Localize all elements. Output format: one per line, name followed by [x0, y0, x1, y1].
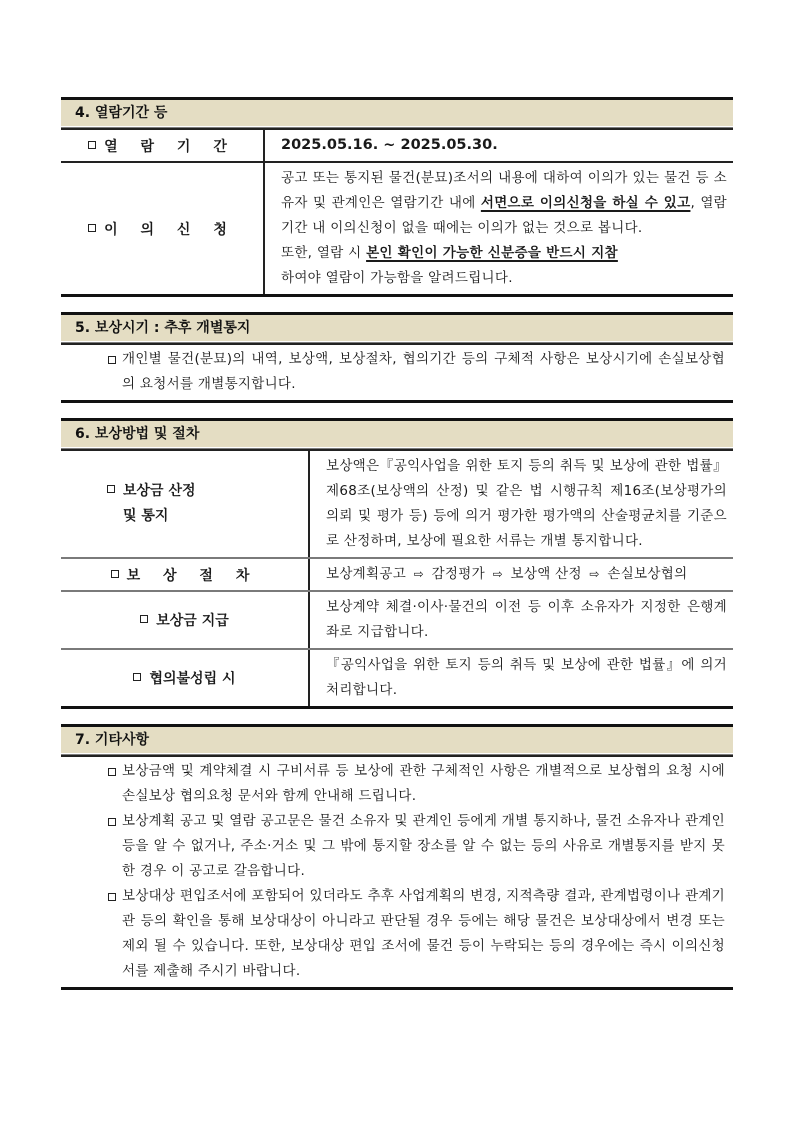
arrow-right-icon: ⇨: [411, 567, 427, 581]
row-label: 협의불성립 시: [61, 649, 309, 708]
emphasis-text: 서면으로 이의신청을 하실 수 있고: [481, 195, 691, 211]
row-label: 보 상 절 차: [61, 558, 309, 591]
list-item: 보상대상 편입조서에 포함되어 있더라도 추후 사업계획의 변경, 지적측량 결…: [61, 884, 733, 984]
step: 감정평가: [432, 566, 485, 582]
list-item: 개인별 물건(분묘)의 내역, 보상액, 보상절차, 협의기간 등의 구체적 사…: [61, 347, 733, 397]
arrow-right-icon: ⇨: [586, 567, 602, 581]
square-bullet-icon: [108, 356, 116, 364]
row-label: 이 의 신 청: [61, 162, 264, 296]
square-bullet-icon: [108, 893, 116, 901]
section-compensation-timing: 5. 보상시기 : 추후 개별통지 개인별 물건(분묘)의 내역, 보상액, 보…: [61, 312, 733, 403]
section-compensation-method: 6. 보상방법 및 절차 보상금 산정 및 통지 보상액은『공익사업을 위한 토…: [61, 418, 733, 709]
table-row: 이 의 신 청 공고 또는 통지된 물건(분묘)조서의 내용에 대하여 이의가 …: [61, 162, 733, 296]
row-label: 보상금 지급: [61, 591, 309, 649]
table-row: 보상금 지급 보상계약 체결·이사·물건의 이전 등 이후 소유자가 지정한 은…: [61, 591, 733, 649]
square-bullet-icon: [88, 141, 96, 149]
square-bullet-icon: [107, 485, 115, 493]
row-label: 보상금 산정 및 통지: [61, 451, 309, 558]
square-bullet-icon: [108, 818, 116, 826]
square-bullet-icon: [108, 768, 116, 776]
square-bullet-icon: [88, 224, 96, 232]
square-bullet-icon: [111, 570, 119, 578]
procedure-steps: 보상계획공고 ⇨ 감정평가 ⇨ 보상액 산정 ⇨ 손실보상협의: [309, 558, 733, 591]
payment-value: 보상계약 체결·이사·물건의 이전 등 이후 소유자가 지정한 은행계좌로 지급…: [309, 591, 733, 649]
viewing-period-value: 2025.05.16. ~ 2025.05.30.: [264, 130, 733, 162]
section-heading: 6. 보상방법 및 절차: [61, 418, 733, 447]
section-other-matters: 7. 기타사항 보상금액 및 계약체결 시 구비서류 등 보상에 관한 구체적인…: [61, 724, 733, 990]
step: 보상계획공고: [326, 566, 406, 582]
table-row: 협의불성립 시 『공익사업을 위한 토지 등의 취득 및 보상에 관한 법률』에…: [61, 649, 733, 708]
arrow-right-icon: ⇨: [490, 567, 506, 581]
table-row: 보상금 산정 및 통지 보상액은『공익사업을 위한 토지 등의 취득 및 보상에…: [61, 451, 733, 558]
list-item: 보상금액 및 계약체결 시 구비서류 등 보상에 관한 구체적인 사항은 개별적…: [61, 759, 733, 809]
document-page: 4. 열람기간 등 열 람 기 간 2025.05.16. ~ 2025.05.…: [61, 97, 733, 1005]
section-heading: 4. 열람기간 등: [61, 97, 733, 126]
emphasis-text: 본인 확인이 가능한 신분증을 반드시 지참: [366, 245, 618, 261]
table-row: 보 상 절 차 보상계획공고 ⇨ 감정평가 ⇨ 보상액 산정 ⇨ 손실보상협의: [61, 558, 733, 591]
calculation-value: 보상액은『공익사업을 위한 토지 등의 취득 및 보상에 관한 법률』제68조(…: [309, 451, 733, 558]
objection-value: 공고 또는 통지된 물건(분묘)조서의 내용에 대하여 이의가 있는 물건 등 …: [264, 162, 733, 296]
section-viewing-period: 4. 열람기간 등 열 람 기 간 2025.05.16. ~ 2025.05.…: [61, 97, 733, 297]
step: 보상액 산정: [511, 566, 582, 582]
section-heading: 7. 기타사항: [61, 724, 733, 753]
no-agreement-value: 『공익사업을 위한 토지 등의 취득 및 보상에 관한 법률』에 의거 처리합니…: [309, 649, 733, 708]
viewing-table: 열 람 기 간 2025.05.16. ~ 2025.05.30. 이 의 신 …: [61, 130, 733, 297]
list-item: 보상계획 공고 및 열람 공고문은 물건 소유자 및 관계인 등에게 개별 통지…: [61, 809, 733, 884]
method-table: 보상금 산정 및 통지 보상액은『공익사업을 위한 토지 등의 취득 및 보상에…: [61, 451, 733, 709]
square-bullet-icon: [133, 673, 141, 681]
notice-list: 보상금액 및 계약체결 시 구비서류 등 보상에 관한 구체적인 사항은 개별적…: [61, 757, 733, 990]
table-row: 열 람 기 간 2025.05.16. ~ 2025.05.30.: [61, 130, 733, 162]
notice-list: 개인별 물건(분묘)의 내역, 보상액, 보상절차, 협의기간 등의 구체적 사…: [61, 345, 733, 403]
row-label: 열 람 기 간: [61, 130, 264, 162]
step: 손실보상협의: [607, 566, 687, 582]
section-heading: 5. 보상시기 : 추후 개별통지: [61, 312, 733, 341]
square-bullet-icon: [140, 615, 148, 623]
